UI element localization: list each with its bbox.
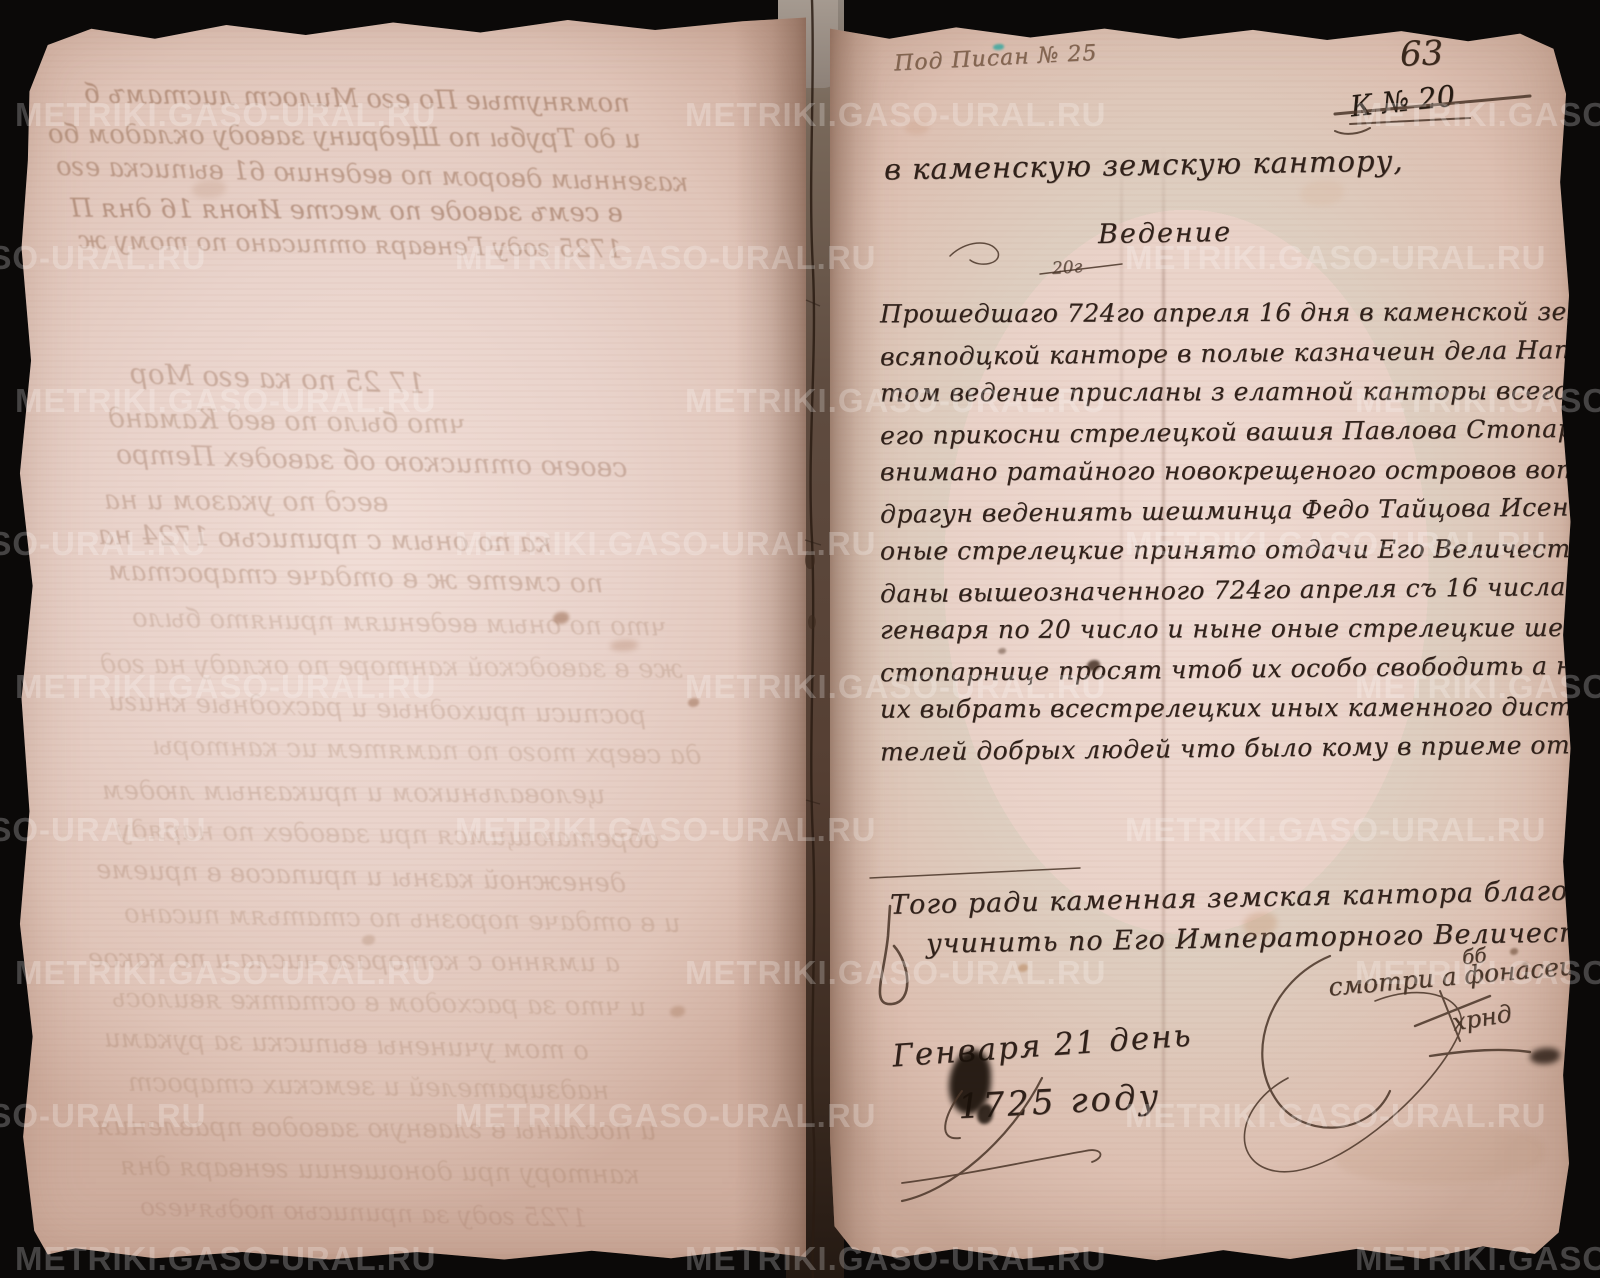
manuscript-scan: помянутые По его Милост листамъ би до Тр… bbox=[0, 0, 1600, 1278]
binding-stitch bbox=[0, 0, 1600, 1278]
